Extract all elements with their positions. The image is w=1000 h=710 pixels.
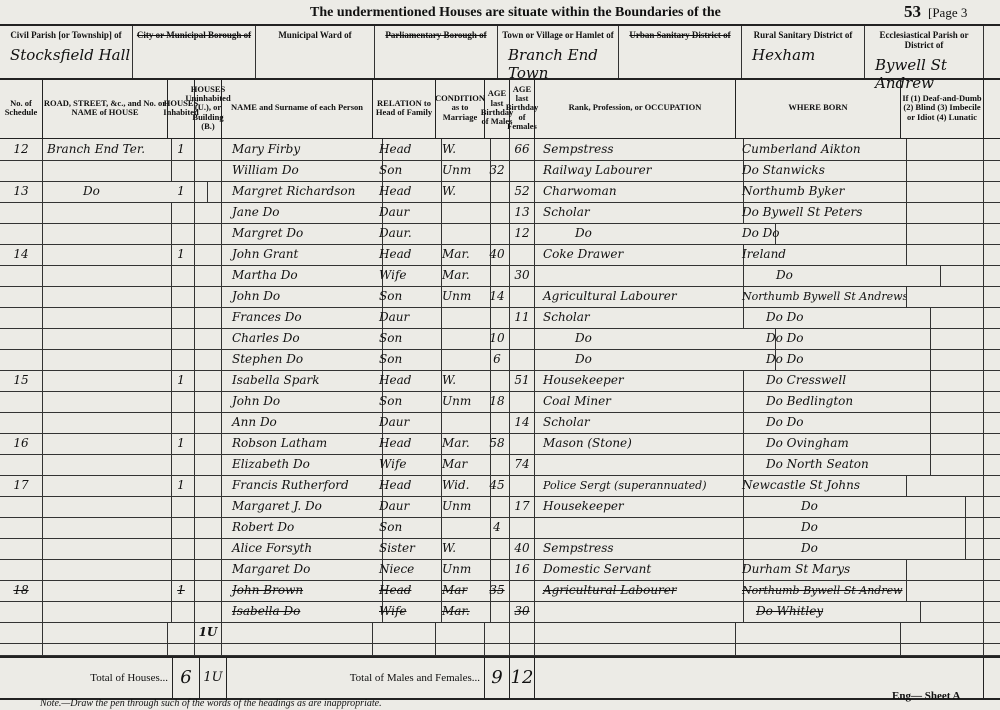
total-males: 9	[491, 667, 502, 688]
col-occupation: Rank, Profession, or OCCUPATION	[535, 78, 736, 138]
table-row-struck: 18 1 John Brown Head Mar 35 Agricultural…	[0, 580, 1000, 602]
table-row: Margret Do Daur. 12 Do Do Do	[0, 223, 1000, 245]
header-field-municipal-ward: Municipal Ward of	[256, 26, 375, 78]
table-row-struck: Isabella Do Wife Mar. 30 Do Whitley	[0, 601, 1000, 623]
table-row: 13 Do 1 Margret Richardson Head W. 52 Ch…	[0, 181, 1000, 203]
table-row: John Do Son Unm 14 Agricultural Labourer…	[0, 286, 1000, 308]
table-row: Ann Do Daur 14 Scholar Do Do	[0, 412, 1000, 434]
table-row: Elizabeth Do Wife Mar 74 Do North Seaton	[0, 454, 1000, 476]
header-field-urban-sanitary: Urban Sanitary District of	[619, 26, 742, 78]
table-row: 16 1 Robson Latham Head Mar. 58 Mason (S…	[0, 433, 1000, 455]
total-houses-label: Total of Houses...	[90, 672, 172, 684]
table-row: Jane Do Daur 13 Scholar Do Bywell St Pet…	[0, 202, 1000, 224]
table-row: 17 1 Francis Rutherford Head Wid. 45 Pol…	[0, 475, 1000, 497]
boundary-header: Civil Parish [or Township] of Stocksfiel…	[0, 24, 1000, 80]
col-infirmity: If (1) Deaf-and-Dumb (2) Blind (3) Imbec…	[901, 78, 984, 138]
sheet-mark: Eng— Sheet A	[892, 690, 960, 702]
table-row: William Do Son Unm 32 Railway Labourer D…	[0, 160, 1000, 182]
table-row: Stephen Do Son 6 Do Do Do	[0, 349, 1000, 371]
col-schedule: No. of Schedule	[0, 78, 43, 138]
col-address: ROAD, STREET, &c., and No. or NAME of HO…	[43, 78, 168, 138]
table-row: Margaret J. Do Daur Unm 17 Housekeeper D…	[0, 496, 1000, 518]
column-headers: No. of Schedule ROAD, STREET, &c., and N…	[0, 78, 1000, 139]
table-row: John Do Son Unm 18 Coal Miner Do Bedling…	[0, 391, 1000, 413]
header-field-civil-parish: Civil Parish [or Township] of Stocksfiel…	[0, 26, 133, 78]
table-row: Charles Do Son 10 Do Do Do	[0, 328, 1000, 350]
total-persons-label: Total of Males and Females...	[350, 672, 484, 684]
table-row: Frances Do Daur 11 Scholar Do Do	[0, 307, 1000, 329]
folio-number: 53	[904, 2, 921, 22]
page-caption: The undermentioned Houses are situate wi…	[310, 5, 721, 21]
page-caption-bar: The undermentioned Houses are situate wi…	[0, 2, 1000, 24]
header-field-parliamentary-borough: Parliamentary Borough of	[375, 26, 498, 78]
col-uninhabited: HOUSES Uninhabited (U.), or Building (B.…	[195, 78, 222, 138]
table-row: Martha Do Wife Mar. 30 Do	[0, 265, 1000, 287]
totals-row: Total of Houses... 6 1U Total of Males a…	[0, 656, 1000, 700]
col-age-females: AGE last Birthday of Females	[510, 78, 535, 138]
town-village-value: Branch End Town	[498, 46, 618, 82]
footnote: Note.—Draw the pen through such of the w…	[40, 698, 382, 709]
table-row: 14 1 John Grant Head Mar. 40 Coke Drawer…	[0, 244, 1000, 266]
total-uninhabited: 1U	[203, 670, 222, 685]
header-field-town-village: Town or Village or Hamlet of Branch End …	[498, 26, 619, 78]
page-number: [Page 3	[928, 5, 967, 21]
col-name: NAME and Surname of each Person	[222, 78, 373, 138]
civil-parish-value: Stocksfield Hall	[0, 46, 132, 64]
table-row	[0, 643, 1000, 656]
header-field-municipal-borough: City or Municipal Borough of	[133, 26, 256, 78]
col-where-born: WHERE BORN	[736, 78, 901, 138]
table-row: 15 1 Isabella Spark Head W. 51 Housekeep…	[0, 370, 1000, 392]
rural-sanitary-value: Hexham	[742, 46, 864, 64]
table-row: 12 Branch End Ter. 1 Mary Firby Head W. …	[0, 139, 1000, 161]
table-row: Robert Do Son 4 Do	[0, 517, 1000, 539]
col-relation: RELATION to Head of Family	[373, 78, 436, 138]
total-inhabited: 6	[180, 667, 191, 688]
col-condition: CONDITION as to Marriage	[436, 78, 485, 138]
table-row: Margaret Do Niece Unm 16 Domestic Servan…	[0, 559, 1000, 581]
table-row: Alice Forsyth Sister W. 40 Sempstress Do	[0, 538, 1000, 560]
total-females: 12	[511, 667, 534, 688]
census-page: The undermentioned Houses are situate wi…	[0, 0, 1000, 710]
header-field-ecclesiastical-parish: Ecclesiastical Parish or District of Byw…	[865, 26, 984, 78]
header-field-rural-sanitary: Rural Sanitary District of Hexham	[742, 26, 865, 78]
table-row: 1U	[0, 622, 1000, 644]
uninhabited-mark: 1U	[195, 622, 222, 643]
